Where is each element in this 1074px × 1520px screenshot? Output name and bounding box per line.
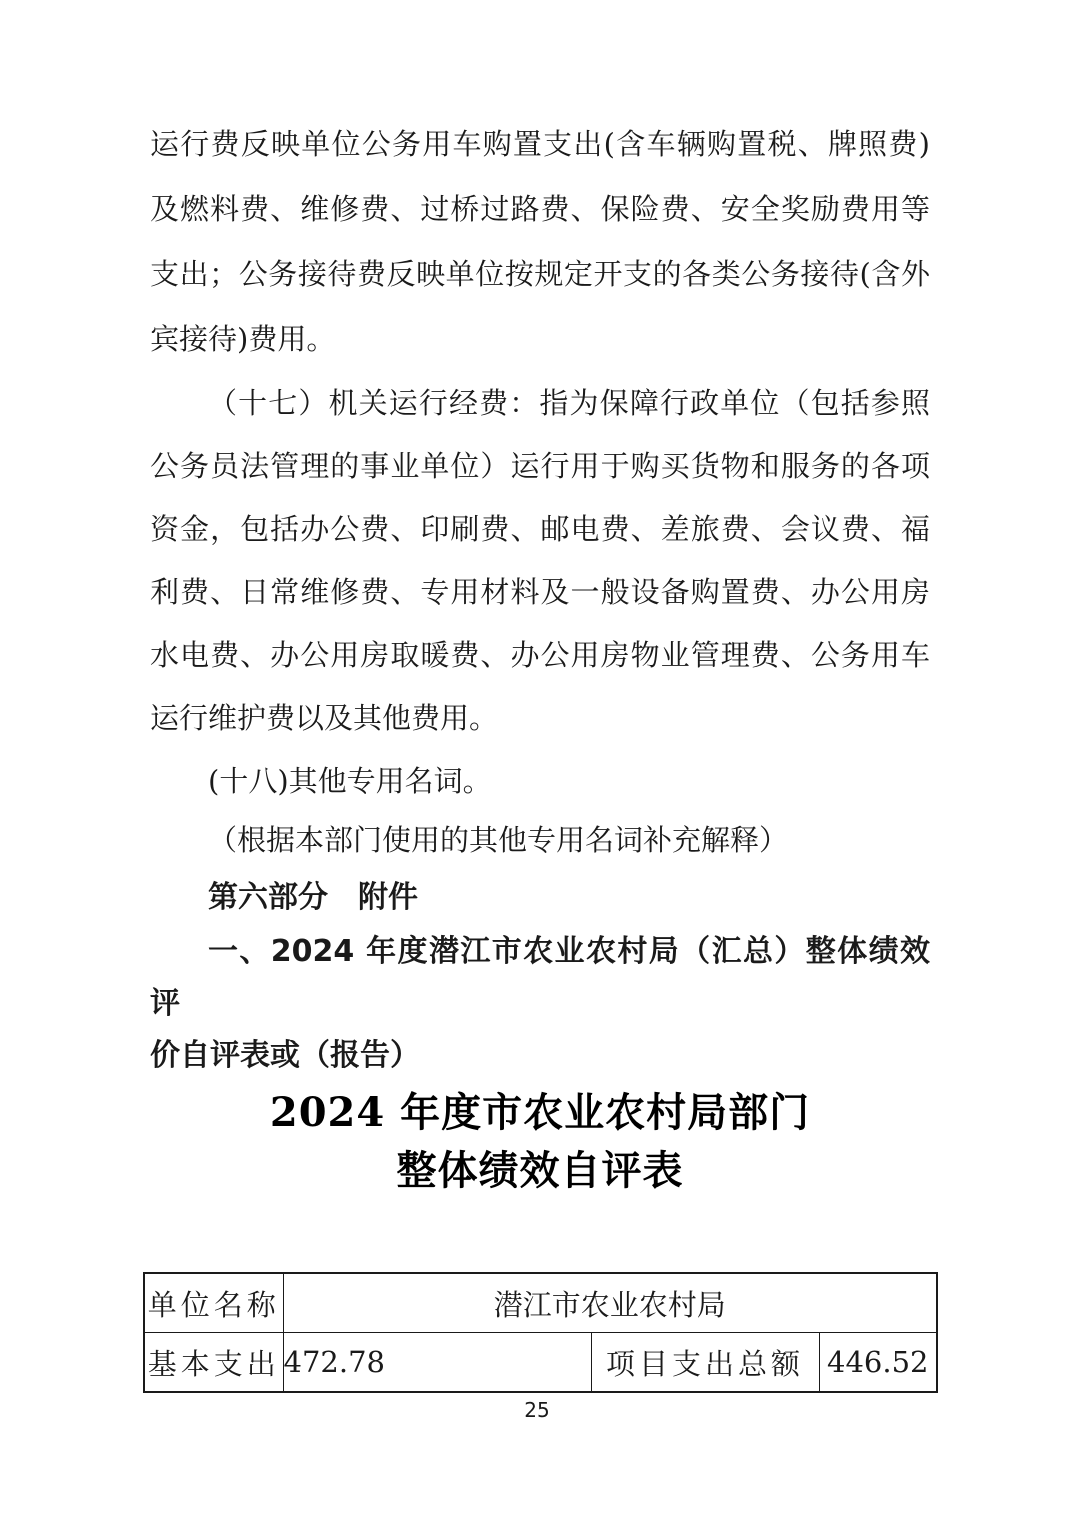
text-line: （十七）机关运行经费：指为保障行政单位（包括参照	[150, 372, 930, 435]
unit-name-label: 单位名称	[144, 1273, 283, 1333]
basic-expense-label: 基本支出	[144, 1333, 283, 1393]
text-line: 运行费反映单位公务用车购置支出(含车辆购置税、牌照费)	[150, 112, 930, 177]
text-line: (十八)其他专用名词。	[150, 750, 930, 812]
table-row-expenses: 基本支出 472.78 项目支出总额 446.52	[144, 1333, 937, 1393]
document-content: 运行费反映单位公务用车购置支出(含车辆购置税、牌照费) 及燃料费、维修费、过桥过…	[150, 112, 930, 1393]
table-row-unit-name: 单位名称 潜江市农业农村局	[144, 1273, 937, 1333]
heading-text-line: 一、2024 年度潜江市农业农村局（汇总）整体绩效评	[150, 926, 930, 1030]
document-page: 运行费反映单位公务用车购置支出(含车辆购置税、牌照费) 及燃料费、维修费、过桥过…	[0, 0, 1074, 1520]
self-evaluation-table-title: 2024 年度市农业农村局部门 整体绩效自评表	[150, 1084, 930, 1200]
heading-text: 第六部分 附件	[150, 869, 930, 926]
paragraph-other-terms-note: （根据本部门使用的其他专用名词补充解释）	[150, 812, 930, 869]
basic-expense-value: 472.78	[283, 1333, 591, 1393]
heading-text-line: 价自评表或（报告）	[150, 1030, 930, 1082]
text-line: 利费、日常维修费、专用材料及一般设备购置费、办公用房	[150, 561, 930, 624]
unit-name-value: 潜江市农业农村局	[283, 1273, 937, 1333]
text-line: 水电费、办公用房取暖费、办公用房物业管理费、公务用车	[150, 624, 930, 687]
text-line: 支出；公务接待费反映单位按规定开支的各类公务接待(含外	[150, 242, 930, 307]
heading-section-six: 第六部分 附件	[150, 869, 930, 926]
paragraph-official-vehicle-expense: 运行费反映单位公务用车购置支出(含车辆购置税、牌照费) 及燃料费、维修费、过桥过…	[150, 112, 930, 372]
paragraph-other-terms: (十八)其他专用名词。	[150, 750, 930, 812]
text-line: 资金，包括办公费、印刷费、邮电费、差旅费、会议费、福	[150, 498, 930, 561]
performance-self-evaluation-table: 单位名称 潜江市农业农村局 基本支出 472.78 项目支出总额 446.52	[143, 1272, 938, 1393]
text-line: 公务员法管理的事业单位）运行用于购买货物和服务的各项	[150, 435, 930, 498]
title-line: 整体绩效自评表	[150, 1142, 930, 1200]
text-line: 宾接待)费用。	[150, 307, 930, 372]
paragraph-agency-operating-funds: （十七）机关运行经费：指为保障行政单位（包括参照 公务员法管理的事业单位）运行用…	[150, 372, 930, 750]
text-line: 及燃料费、维修费、过桥过路费、保险费、安全奖励费用等	[150, 177, 930, 242]
project-expense-label: 项目支出总额	[591, 1333, 819, 1393]
heading-attachment-one: 一、2024 年度潜江市农业农村局（汇总）整体绩效评 价自评表或（报告）	[150, 926, 930, 1082]
text-line: （根据本部门使用的其他专用名词补充解释）	[150, 812, 930, 869]
text-line: 运行维护费以及其他费用。	[150, 687, 930, 750]
page-number: 25	[0, 1398, 1074, 1422]
project-expense-value: 446.52	[819, 1333, 937, 1393]
title-line: 2024 年度市农业农村局部门	[150, 1084, 930, 1142]
